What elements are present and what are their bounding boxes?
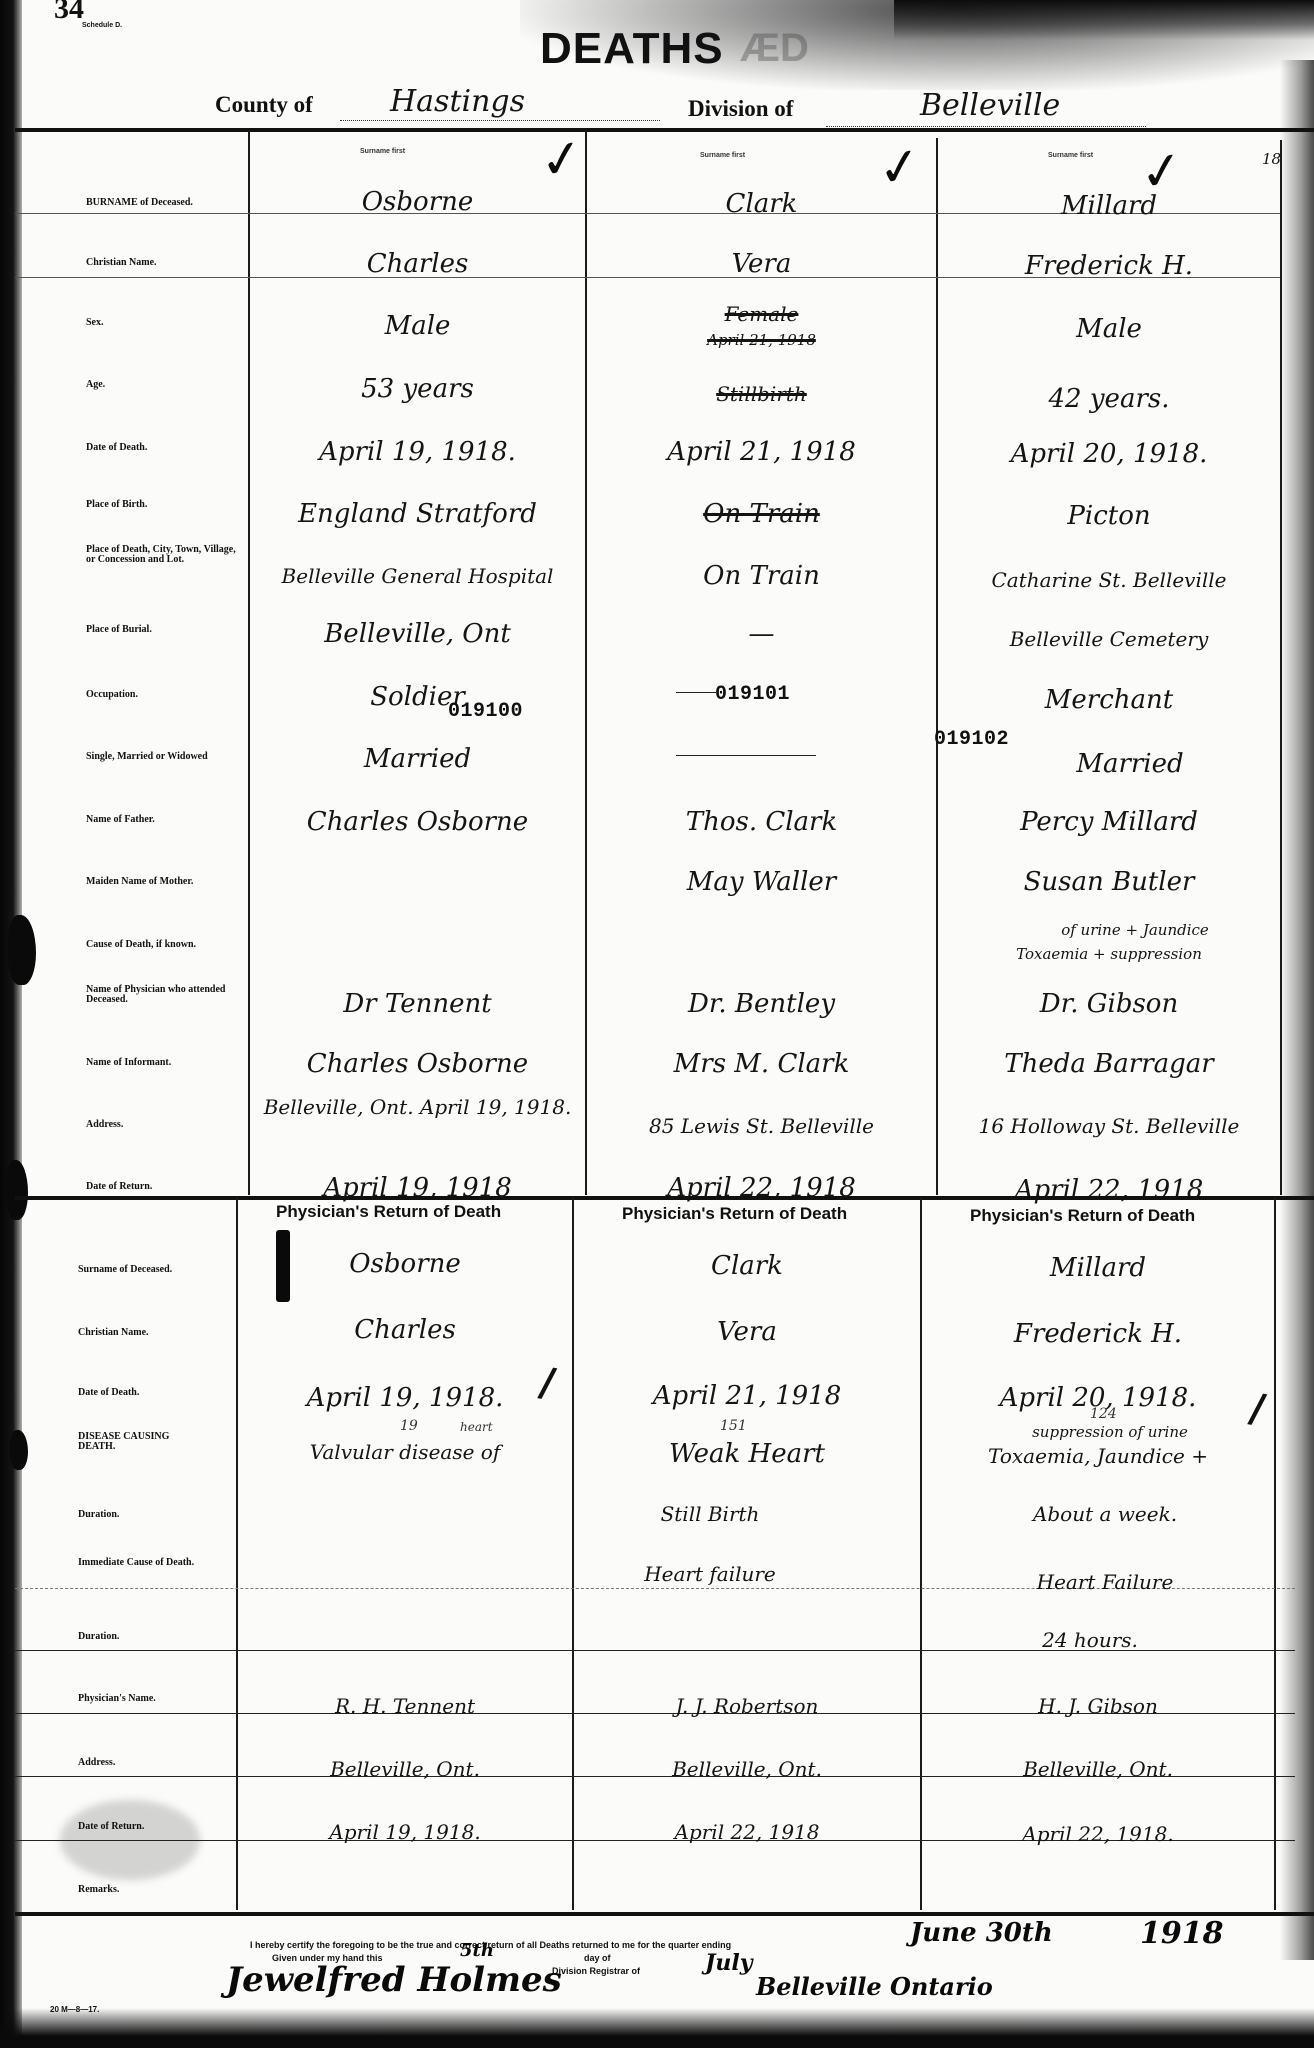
entry-3-informant: Theda Barragar — [938, 1050, 1280, 1078]
bleed-through-text: ÆD — [740, 26, 809, 71]
entry-1-place-of-birth: England Stratford — [250, 500, 585, 528]
pr-label-duration-2: Duration. — [78, 1632, 228, 1642]
entry-3-cause-of-death-line2: Toxaemia + suppression — [938, 940, 1280, 968]
column-divider — [936, 138, 938, 1195]
column-caption: Surname first — [1048, 152, 1093, 159]
entry-1-registration-stamp: 019100 — [448, 700, 523, 723]
pr-entry-3-address: Belleville, Ont. — [922, 1755, 1274, 1783]
day-of-text: day of — [584, 1953, 611, 1963]
pr-entry-2-disease: Weak Heart — [574, 1440, 920, 1468]
pr-label-date-of-death: Date of Death. — [78, 1388, 228, 1398]
pr-entry-1-disease-note: heart — [460, 1420, 493, 1434]
pr-label-date-of-return: Date of Return. — [78, 1822, 228, 1832]
row-label-place-of-burial: Place of Burial. — [86, 625, 236, 635]
column-divider — [248, 130, 250, 1195]
entry-3-place-of-burial: Belleville Cemetery — [938, 625, 1280, 653]
scan-shadow — [0, 2008, 1314, 2048]
day-value: 5th — [460, 1940, 494, 1961]
entry-3-occupation: Merchant — [938, 686, 1280, 714]
entry-3-surname: Millard — [938, 192, 1280, 220]
entry-3-place-of-birth: Picton — [938, 502, 1280, 530]
entry-1-age: 53 years — [250, 375, 585, 403]
pr-label-duration: Duration. — [78, 1510, 228, 1520]
page-marker: 18 — [1262, 150, 1281, 168]
pr-entry-1-christian-name: Charles — [238, 1316, 572, 1344]
footer-rule — [15, 1912, 1314, 1916]
entry-1-place-of-death: Belleville General Hospital — [250, 562, 585, 590]
entry-1-informant: Charles Osborne — [250, 1050, 585, 1078]
entry-2-surname: Clark — [587, 190, 936, 218]
entry-3-address: 16 Holloway St. Belleville — [938, 1112, 1280, 1140]
entry-3-mother-maiden-name: Susan Butler — [938, 868, 1280, 896]
row-label-date-of-death: Date of Death. — [86, 443, 236, 453]
pr-label-disease: DISEASE CAUSING DEATH. — [78, 1432, 188, 1452]
row-label-mother-maiden-name: Maiden Name of Mother. — [86, 877, 236, 887]
pr-entry-2-date-of-return: April 22, 1918 — [574, 1818, 920, 1846]
column-divider — [1280, 140, 1282, 1195]
pr-entry-3-christian-name: Frederick H. — [922, 1320, 1274, 1348]
physician-return-heading: Physician's Return of Death — [622, 1204, 847, 1224]
entry-3-place-of-death: Catharine St. Belleville — [938, 566, 1280, 594]
column-caption: Surname first — [700, 152, 745, 159]
dash-mark — [676, 692, 716, 693]
entry-2-mother-maiden-name: May Waller — [587, 868, 936, 896]
entry-2-physician: Dr. Bentley — [587, 990, 936, 1018]
checkmark-icon: ✓ — [536, 127, 588, 192]
physician-return-heading: Physician's Return of Death — [276, 1202, 501, 1222]
entry-3-age: 42 years. — [938, 385, 1280, 413]
pr-entry-1-date-of-return: April 19, 1918. — [238, 1818, 572, 1846]
pr-entry-1-code: 19 — [400, 1418, 418, 1434]
row-label-place-of-birth: Place of Birth. — [86, 500, 236, 510]
schedule-label: Schedule D. — [82, 22, 122, 29]
column-divider — [1274, 1198, 1276, 1910]
entry-2-place-of-burial: — — [587, 620, 936, 648]
entry-1-date-of-death: April 19, 1918. — [250, 438, 585, 466]
row-label-occupation: Occupation. — [86, 690, 236, 700]
entry-1-address: Belleville, Ont. April 19, 1918. — [250, 1095, 585, 1119]
row-label-date-of-return: Date of Return. — [86, 1182, 236, 1192]
death-register-page: 34 Schedule D. DEATHS ÆD County of Hasti… — [0, 0, 1314, 2048]
page-title: DEATHS — [540, 24, 724, 74]
entry-2-address: 85 Lewis St. Belleville — [587, 1112, 936, 1140]
column-divider — [920, 1198, 922, 1910]
pr-entry-2-physician-name: J. J. Robertson — [574, 1692, 920, 1720]
pr-entry-2-duration: Still Birth — [560, 1500, 860, 1528]
pr-entry-2-immediate-cause: Heart failure — [560, 1560, 860, 1588]
pr-entry-1-disease: Valvular disease of — [238, 1438, 572, 1466]
entry-2-crossed-out-date: April 21, 1918 — [587, 326, 936, 354]
column-divider — [585, 130, 587, 1195]
pr-entry-3-duration-2: 24 hours. — [940, 1626, 1240, 1654]
entry-2-age-crossed-out: Stillbirth — [587, 380, 936, 408]
pr-entry-2-date-of-death: April 21, 1918 — [574, 1382, 920, 1410]
row-label-cause-of-death: Cause of Death, if known. — [86, 940, 236, 950]
entry-1-father: Charles Osborne — [250, 808, 585, 836]
registrar-signature: Jewelfred Holmes — [226, 1960, 562, 2000]
entry-1-occupation: Soldier — [250, 683, 585, 711]
scan-blot — [10, 1430, 28, 1470]
entry-1-physician: Dr Tennent — [250, 990, 585, 1018]
scan-blot — [8, 915, 36, 985]
column-divider — [572, 1198, 574, 1910]
entry-2-sex-crossed-out: Female — [587, 300, 936, 328]
pr-entry-2-surname: Clark — [574, 1252, 920, 1280]
year-value: 1918 — [1140, 1916, 1224, 1951]
pr-label-surname: Surname of Deceased. — [78, 1265, 228, 1275]
pr-label-address: Address. — [78, 1758, 228, 1768]
entry-3-father: Percy Millard — [938, 808, 1280, 836]
pr-entry-2-christian-name: Vera — [574, 1318, 920, 1346]
header-rule — [15, 128, 1314, 132]
pr-label-christian-name: Christian Name. — [78, 1328, 228, 1338]
page-number: 34 — [54, 0, 84, 26]
entry-1-sex: Male — [250, 312, 585, 340]
registrar-division-value: Belleville Ontario — [756, 1972, 993, 2001]
row-label-address: Address. — [86, 1120, 236, 1130]
entry-1-place-of-burial: Belleville, Ont — [250, 620, 585, 648]
quarter-end-value: June 30th — [910, 1918, 1053, 1948]
entry-3-date-of-death: April 20, 1918. — [938, 440, 1280, 468]
pr-entry-3-date-of-return: April 22, 1918. — [922, 1820, 1274, 1848]
physician-return-heading: Physician's Return of Death — [970, 1206, 1195, 1226]
binding-edge — [0, 0, 22, 2048]
column-divider — [236, 1198, 238, 1910]
pr-label-immediate-cause: Immediate Cause of Death. — [78, 1558, 198, 1568]
entry-1-surname: Osborne — [250, 188, 585, 216]
row-label-place-of-death: Place of Death, City, Town, Village, or … — [86, 545, 236, 565]
county-underline — [340, 120, 660, 121]
division-label: Division of — [688, 96, 793, 122]
pr-entry-2-address: Belleville, Ont. — [574, 1755, 920, 1783]
row-label-surname: BURNAME of Deceased. — [86, 198, 236, 208]
entry-2-christian-name: Vera — [587, 250, 936, 278]
division-underline — [826, 126, 1146, 127]
pr-label-remarks: Remarks. — [78, 1885, 228, 1895]
pr-label-physician-name: Physician's Name. — [78, 1694, 228, 1704]
entry-2-informant: Mrs M. Clark — [587, 1050, 936, 1078]
entry-3-physician: Dr. Gibson — [938, 990, 1280, 1018]
pr-entry-1-address: Belleville, Ont. — [238, 1755, 572, 1783]
row-label-marital-status: Single, Married or Widowed — [86, 752, 236, 762]
pr-entry-2-code: 151 — [720, 1418, 747, 1434]
pr-entry-1-date-of-death: April 19, 1918. — [238, 1384, 572, 1412]
pr-entry-1-physician-name: R. H. Tennent — [238, 1692, 572, 1720]
pr-entry-3-immediate-cause: Heart Failure — [940, 1568, 1270, 1596]
division-value: Belleville — [920, 88, 1060, 123]
pr-entry-3-physician-name: H. J. Gibson — [922, 1692, 1274, 1720]
row-label-father: Name of Father. — [86, 815, 236, 825]
entry-2-date-of-death: April 21, 1918 — [587, 438, 936, 466]
entry-2-marital-status-blank — [676, 755, 816, 756]
entry-3-registration-stamp: 019102 — [934, 728, 1009, 751]
row-label-informant: Name of Informant. — [86, 1058, 236, 1068]
pr-entry-3-disease: Toxaemia, Jaundice + — [922, 1442, 1274, 1470]
entry-2-place-of-birth-crossed-out: On Train — [587, 500, 936, 528]
entry-1-christian-name: Charles — [250, 250, 585, 278]
entry-1-marital-status: Married — [250, 745, 585, 773]
division-registrar-text: Division Registrar of — [552, 1966, 640, 1976]
pr-entry-3-surname: Millard — [922, 1254, 1274, 1282]
pr-entry-3-duration: About a week. — [940, 1500, 1270, 1528]
column-caption: Surname first — [360, 148, 405, 155]
section-divider — [15, 1196, 1314, 1200]
row-label-age: Age. — [86, 380, 236, 390]
row-label-sex: Sex. — [86, 318, 236, 328]
month-value: July — [705, 1950, 753, 1976]
entry-3-sex: Male — [938, 315, 1280, 343]
scan-shadow — [894, 0, 1314, 40]
county-value: Hastings — [390, 84, 525, 119]
scan-blot — [6, 1160, 28, 1220]
row-label-christian-name: Christian Name. — [86, 258, 236, 268]
scan-shadow — [1280, 60, 1314, 1960]
entry-3-christian-name: Frederick H. — [938, 252, 1280, 280]
county-label: County of — [215, 92, 313, 118]
entry-2-place-of-death: On Train — [587, 562, 936, 590]
form-code: 20 M—8—17. — [50, 2005, 99, 2014]
row-label-physician: Name of Physician who attended Deceased. — [86, 985, 236, 1005]
entry-2-registration-stamp: 019101 — [715, 683, 790, 706]
entry-2-father: Thos. Clark — [587, 808, 936, 836]
entry-3-marital-status: Married — [980, 750, 1280, 778]
pr-entry-1-surname: Osborne — [238, 1250, 572, 1278]
